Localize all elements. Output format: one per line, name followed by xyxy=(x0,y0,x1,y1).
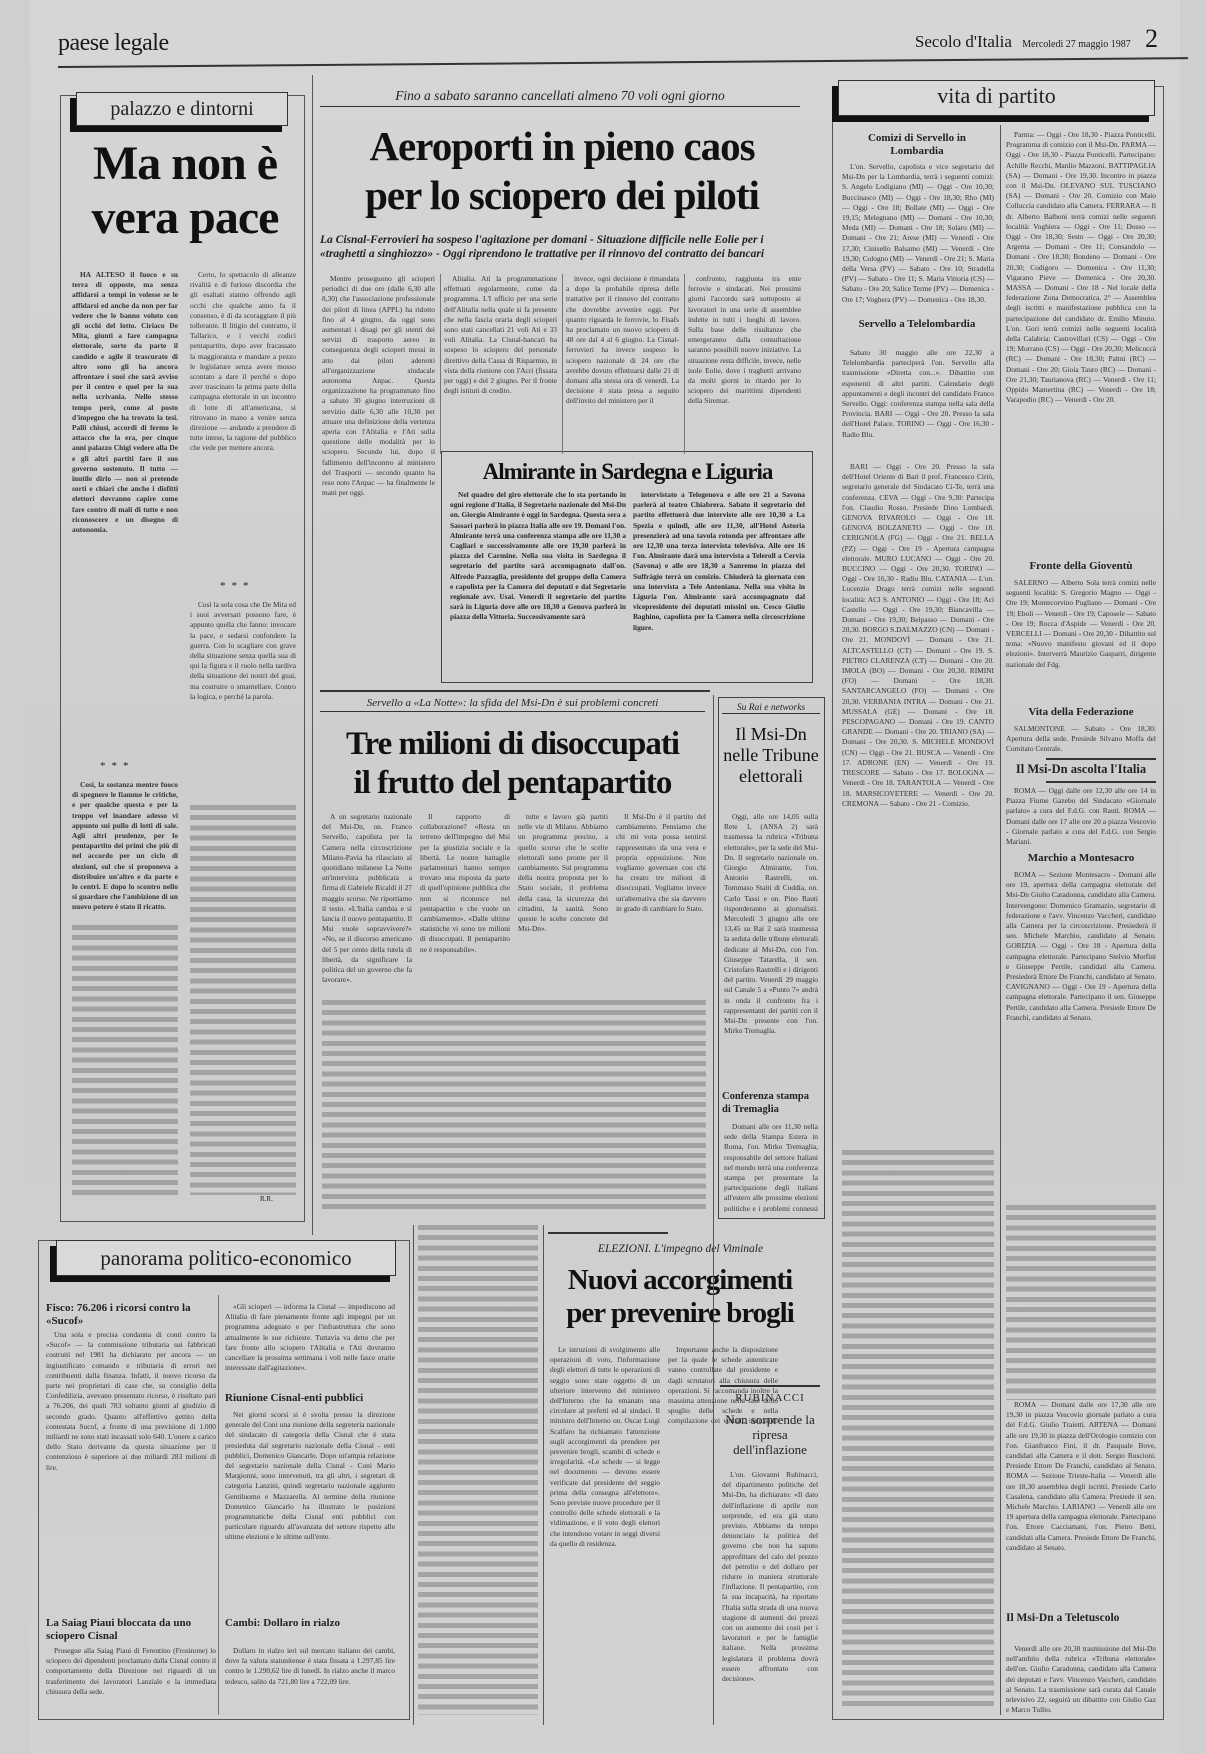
palazzo-col1: HA ALTESO il fuoco e su terra di opposte… xyxy=(72,270,178,750)
vita-col2-bottom: ROMA — Domani dalle ore 17,30 alle ore 1… xyxy=(1006,1400,1156,1610)
brogli-kicker: ELEZIONI. L'impegno del Viminale xyxy=(548,1243,813,1255)
disoccupati-col2-text: Il rapporto di collaborazione? «Resta un… xyxy=(420,812,510,955)
disoccupati-rule xyxy=(320,690,710,692)
fisco-body: Una sola e precisa condanna di conti con… xyxy=(46,1330,216,1473)
aeroporti-col2-text: Alitalia. Ati la programmazione effettua… xyxy=(444,274,557,396)
vita-sect-montesacro-title: Marchio a Montesacro xyxy=(1006,852,1156,865)
vita-sect-teletuscolo-text: Venerdì alle ore 20,30 trasmissione del … xyxy=(1006,1644,1156,1714)
vita-sect-teletuscolo-title: Il Msi-Dn a Teletuscolo xyxy=(1006,1612,1156,1625)
vita-sect-servello-text: L'on. Servello, capolista e vice segreta… xyxy=(842,162,994,312)
almirante-col1-text: Nel quadro del giro elettorale che lo st… xyxy=(450,490,626,623)
vita-sect-montesacro-body: ROMA — Sezione Montesacro - Domani alle … xyxy=(1006,870,1156,1023)
palazzo-headline: Ma non è vera pace xyxy=(70,140,300,242)
cisnal-quote-text: «Gli scioperi — informa la Cisnal — impe… xyxy=(225,1302,395,1382)
disoccupati-headline: Tre milioni di disoccupati il frutto del… xyxy=(320,728,705,800)
tribune-text: Oggi, alle ore 14,05 sulla Rete 1, (ANSA… xyxy=(724,812,818,1082)
vita-sect-montesacro-text: ROMA — Sezione Montesacro - Domani alle … xyxy=(1006,870,1156,1200)
palazzo-col1b: Così, la sostanza mentre fuoco di spegne… xyxy=(72,780,178,920)
column-divider xyxy=(413,1225,414,1725)
almirante-col2: intervistato a Telegenova e alle ore 21 … xyxy=(633,490,805,675)
almirante-headline: Almirante in Sardegna e Liguria xyxy=(445,460,810,483)
disoccupati-overflow-column xyxy=(418,1225,538,1715)
brogli-headline: Nuovi accorgimenti per prevenire brogli xyxy=(545,1266,815,1328)
column-divider xyxy=(562,274,563,454)
palazzo-col1b-text: Così, la sostanza mentre fuoco di spegne… xyxy=(72,780,178,913)
aeroporti-kicker: Fino a sabato saranno cancellati almeno … xyxy=(320,88,800,107)
vita-sect-telelombardia-text: Sabato 30 maggio alle ore 22,30 a Telelo… xyxy=(842,348,994,458)
header-rule xyxy=(58,57,1188,68)
tribune-kicker: Su Rai e networks xyxy=(722,703,820,714)
vita-sect-fronte-body: SALERNO — Alberto Sola terrà comizi nell… xyxy=(1006,578,1156,670)
masthead-right: Secolo d'Italia Mercoledì 27 maggio 1987… xyxy=(915,24,1158,54)
palazzo-col2b: Così la sola cosa che De Mita ed i suoi … xyxy=(190,600,296,800)
disoccupati-col4-text: Il Msi-Dn è il partito del cambiamento. … xyxy=(616,812,706,914)
brogli-headline-line2: per prevenire brogli xyxy=(545,1299,815,1328)
brogli-rule xyxy=(548,1232,668,1234)
brogli-headline-line1: Nuovi accorgimenti xyxy=(545,1266,815,1295)
cambi-title: Cambi: Dollaro in rialzo xyxy=(225,1617,395,1630)
disoccupati-headline-line2: il frutto del pentapartito xyxy=(320,767,705,800)
vita-sect-telelombardia-body: Sabato 30 maggio alle ore 22,30 a Telelo… xyxy=(842,348,994,440)
column-divider xyxy=(1000,125,1001,1715)
aeroporti-col1-text: Mentre proseguono gli scioperi periodici… xyxy=(322,274,435,498)
column-divider xyxy=(543,1225,544,1725)
ascolta-rule-bottom xyxy=(1046,781,1156,783)
aeroporti-col3-text: invece, ogni decisione è rimandata a dop… xyxy=(566,274,679,407)
vita-sect-federazione-text: SALMONTONE — Sabato - Ore 18,30: Apertur… xyxy=(1006,724,1156,754)
vita-sect-servello-body: L'on. Servello, capolista e vice segreta… xyxy=(842,162,994,305)
column-divider xyxy=(440,274,441,454)
aeroporti-headline-line2: per lo sciopero dei piloti xyxy=(312,175,812,216)
almirante-col2-text: intervistato a Telegenova e alle ore 21 … xyxy=(633,490,805,633)
vita-sect-teletuscolo-body: Venerdì alle ore 20,30 trasmissione del … xyxy=(1006,1644,1156,1714)
palazzo-col2-continued xyxy=(190,805,296,1195)
rubinacci-rule xyxy=(720,1385,820,1387)
rubinacci-headline: Non sorprende la ripresa dell'inflazione xyxy=(720,1412,820,1457)
column-divider xyxy=(684,274,685,454)
riunione-text: Nei giorni scorsi si è svolta presso la … xyxy=(225,1410,395,1600)
vita-sect-federazione-title: Vita della Federazione xyxy=(1006,706,1156,719)
disoccupati-headline-line1: Tre milioni di disoccupati xyxy=(320,728,705,761)
tribune-body: Oggi, alle ore 14,05 sulla Rete 1, (ANSA… xyxy=(724,812,818,1036)
saiag-text: Prosegue alla Saiag Piaui di Ferentino (… xyxy=(46,1646,216,1708)
aeroporti-headline-line1: Aeroporti in pieno caos xyxy=(312,126,812,167)
aeroporti-col4: confronto, raggiunta tra ente ferrovie e… xyxy=(688,274,801,454)
aeroporti-deck: La Cisnal-Ferrovieri ha sospeso l'agitaz… xyxy=(320,233,805,261)
vita-col2-top: Parma: — Oggi - Ore 18,30 - Piazza Ponti… xyxy=(1006,130,1156,540)
rubinacci-body: L'on. Giovanni Rubinacci, del dipartimen… xyxy=(722,1470,818,1684)
column-divider xyxy=(218,1295,219,1715)
vita-col1-continued xyxy=(842,1150,994,1710)
disoccupati-continued xyxy=(322,1000,706,1210)
disoccupati-col3-text: tutte e lavoro già partiti nelle vie di … xyxy=(518,812,608,934)
rubinacci-text: L'on. Giovanni Rubinacci, del dipartimen… xyxy=(722,1470,818,1715)
paper-name: Secolo d'Italia xyxy=(915,32,1012,51)
palazzo-rubric: palazzo e dintorni xyxy=(76,92,288,126)
vita-col2-top-text: Parma: — Oggi - Ore 18,30 - Piazza Ponti… xyxy=(1006,130,1156,405)
tribune-headline: Il Msi-Dn nelle Tribune elettorali xyxy=(722,724,820,787)
riunione-title: Riunione Cisnal-enti pubblici xyxy=(225,1392,395,1405)
section-title: paese legale xyxy=(58,30,169,57)
palazzo-headline-line1: Ma non è xyxy=(70,140,300,188)
palazzo-col1-continued xyxy=(72,925,178,1195)
issue-date: Mercoledì 27 maggio 1987 xyxy=(1022,39,1131,50)
newspaper-page: paese legale Secolo d'Italia Mercoledì 2… xyxy=(30,0,1180,1754)
vita-sect-ascolta-title: Il Msi-Dn ascolta l'Italia xyxy=(1006,763,1156,776)
vita-sect-fronte-title: Fronte della Gioventù xyxy=(1006,560,1156,573)
aeroporti-col1: Mentre proseguono gli scioperi periodici… xyxy=(322,274,435,694)
vita-sect-telelombardia-title: Servello a Telelombardia xyxy=(842,318,992,331)
palazzo-col2b-text: Così la sola cosa che De Mita ed i suoi … xyxy=(190,600,296,702)
page-number: 2 xyxy=(1145,24,1158,53)
separator-stars-2: *** xyxy=(100,760,135,772)
panorama-rubric: panorama politico-economico xyxy=(56,1240,396,1276)
palazzo-headline-line2: vera pace xyxy=(70,194,300,242)
cambi-text: Dollaro in rialzo ieri sul mercato itali… xyxy=(225,1646,395,1708)
brogli-col1: Le istruzioni di svolgimento alle operaz… xyxy=(550,1345,660,1715)
fisco-text: Una sola e precisa condanna di conti con… xyxy=(46,1330,216,1585)
brogli-col1-text: Le istruzioni di svolgimento alle operaz… xyxy=(550,1345,660,1549)
cambi-body: Dollaro in rialzo ieri sul mercato itali… xyxy=(225,1646,395,1687)
tremaglia-headline: Conferenza stampa di Tremaglia xyxy=(722,1090,820,1116)
palazzo-col2-text: Certo, lo spettacolo di alleanze rivalit… xyxy=(190,270,296,454)
fisco-title: Fisco: 76.206 i ricorsi contro la «Sucof… xyxy=(46,1302,216,1328)
vita-sect-ascolta-body: ROMA — Oggi dalle ore 12,30 alle ore 14 … xyxy=(1006,786,1156,846)
tremaglia-text: Domani alle ore 11,30 nella sede della S… xyxy=(724,1122,818,1212)
aeroporti-col4-text: confronto, raggiunta tra ente ferrovie e… xyxy=(688,274,801,407)
tremaglia-body: Domani alle ore 11,30 nella sede della S… xyxy=(724,1122,818,1212)
vita-rubric: vita di partito xyxy=(838,80,1155,116)
separator-stars: *** xyxy=(220,580,255,592)
disoccupati-kicker: Servello a «La Notte»: la sfida del Msi-… xyxy=(320,697,705,712)
vita-sect-federazione-body: SALMONTONE — Sabato - Ore 18,30: Apertur… xyxy=(1006,724,1156,754)
palazzo-signature: R.R. xyxy=(260,1195,273,1203)
aeroporti-col2: Alitalia. Ati la programmazione effettua… xyxy=(444,274,557,454)
vita-col1-listing-text: BARI — Oggi - Ore 20. Presso la sala del… xyxy=(842,462,994,809)
column-divider xyxy=(312,75,313,1235)
vita-sect-ascolta-text: ROMA — Oggi dalle ore 12,30 alle ore 14 … xyxy=(1006,786,1156,846)
disoccupati-col1-text: A un segretario nazionale del Msi-Dn, on… xyxy=(322,812,412,985)
palazzo-col2: Certo, lo spettacolo di alleanze rivalit… xyxy=(190,270,296,600)
aeroporti-col3: invece, ogni decisione è rimandata a dop… xyxy=(566,274,679,454)
almirante-col1: Nel quadro del giro elettorale che lo st… xyxy=(450,490,626,675)
ascolta-rule-top xyxy=(1046,758,1156,760)
saiag-title: La Saiag Piaui bloccata da uno sciopero … xyxy=(46,1617,216,1643)
vita-sect-fronte-text: SALERNO — Alberto Sola terrà comizi nell… xyxy=(1006,578,1156,696)
rubinacci-label: RUBINACCI xyxy=(720,1392,820,1405)
vita-col2-bottom-text: ROMA — Domani dalle ore 17,30 alle ore 1… xyxy=(1006,1400,1156,1553)
vita-col2-continued xyxy=(1006,1205,1156,1400)
aeroporti-headline: Aeroporti in pieno caos per lo sciopero … xyxy=(312,126,812,216)
column-divider xyxy=(713,695,714,1725)
cisnal-quote-body: «Gli scioperi — informa la Cisnal — impe… xyxy=(225,1302,395,1373)
vita-sect-servello-title: Comizi di Servello in Lombardia xyxy=(842,132,992,158)
saiag-body: Prosegue alla Saiag Piaui di Ferentino (… xyxy=(46,1646,216,1697)
riunione-body: Nei giorni scorsi si è svolta presso la … xyxy=(225,1410,395,1543)
palazzo-col1-text: HA ALTESO il fuoco e su terra di opposte… xyxy=(72,270,178,535)
